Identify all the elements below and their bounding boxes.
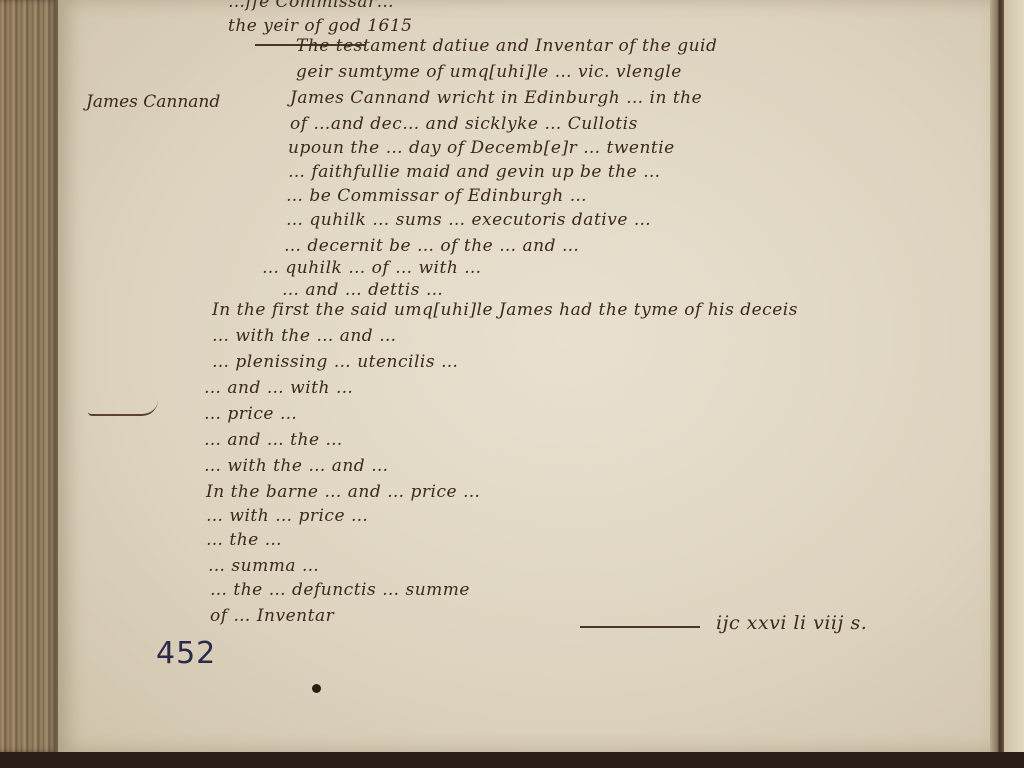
body-line: … quhilk … of … with … bbox=[262, 258, 482, 278]
body-line: geir sumtyme of umq[uhi]le … vic. vlengl… bbox=[296, 62, 682, 82]
margin-flourish bbox=[88, 400, 158, 416]
header-line: …ffe Commissar… bbox=[228, 0, 394, 12]
body-line: … faithfullie maid and gevin up be the … bbox=[288, 162, 661, 182]
body-line: … with the … and … bbox=[204, 456, 389, 476]
binding-strip bbox=[0, 752, 1024, 768]
body-line: … with the … and … bbox=[212, 326, 397, 346]
body-line: of … Inventar bbox=[210, 606, 334, 626]
body-line: … with … price … bbox=[206, 506, 368, 526]
folio-number: 452 bbox=[156, 636, 216, 671]
body-line: … plenissing … utencilis … bbox=[212, 352, 458, 372]
body-line: … and … with … bbox=[204, 378, 353, 398]
header-line: the yeir of god 1615 bbox=[228, 16, 412, 36]
body-line: … the … bbox=[206, 530, 282, 550]
body-line: … be Commissar of Edinburgh … bbox=[286, 186, 587, 206]
body-line: … price … bbox=[204, 404, 297, 424]
body-line: The testament datiue and Inventar of the… bbox=[296, 36, 717, 56]
body-line: … quhilk … sums … executoris dative … bbox=[286, 210, 651, 230]
closing-amount: ijc xxvi li viij s. bbox=[716, 612, 867, 634]
body-line: … and … the … bbox=[204, 430, 343, 450]
ink-blot bbox=[312, 684, 321, 693]
body-line: of …and dec… and sicklyke … Cullotis bbox=[290, 114, 638, 134]
body-line: In the first the said umq[uhi]le James h… bbox=[212, 300, 798, 320]
body-line: … and … dettis … bbox=[282, 280, 443, 300]
body-line: … summa … bbox=[208, 556, 319, 576]
body-line: In the barne … and … price … bbox=[206, 482, 480, 502]
book-gutter bbox=[990, 0, 1004, 752]
body-line: James Cannand wricht in Edinburgh … in t… bbox=[290, 88, 702, 108]
body-line: … decernit be … of the … and … bbox=[284, 236, 579, 256]
body-line: … the … defunctis … summe bbox=[210, 580, 470, 600]
facing-page-edge bbox=[1004, 0, 1024, 752]
body-line: upoun the … day of Decemb[e]r … twentie bbox=[288, 138, 675, 158]
margin-note: James Cannand bbox=[86, 92, 220, 112]
book-spread bbox=[0, 0, 1024, 752]
closing-rule bbox=[580, 626, 700, 628]
page-edges bbox=[0, 0, 58, 752]
